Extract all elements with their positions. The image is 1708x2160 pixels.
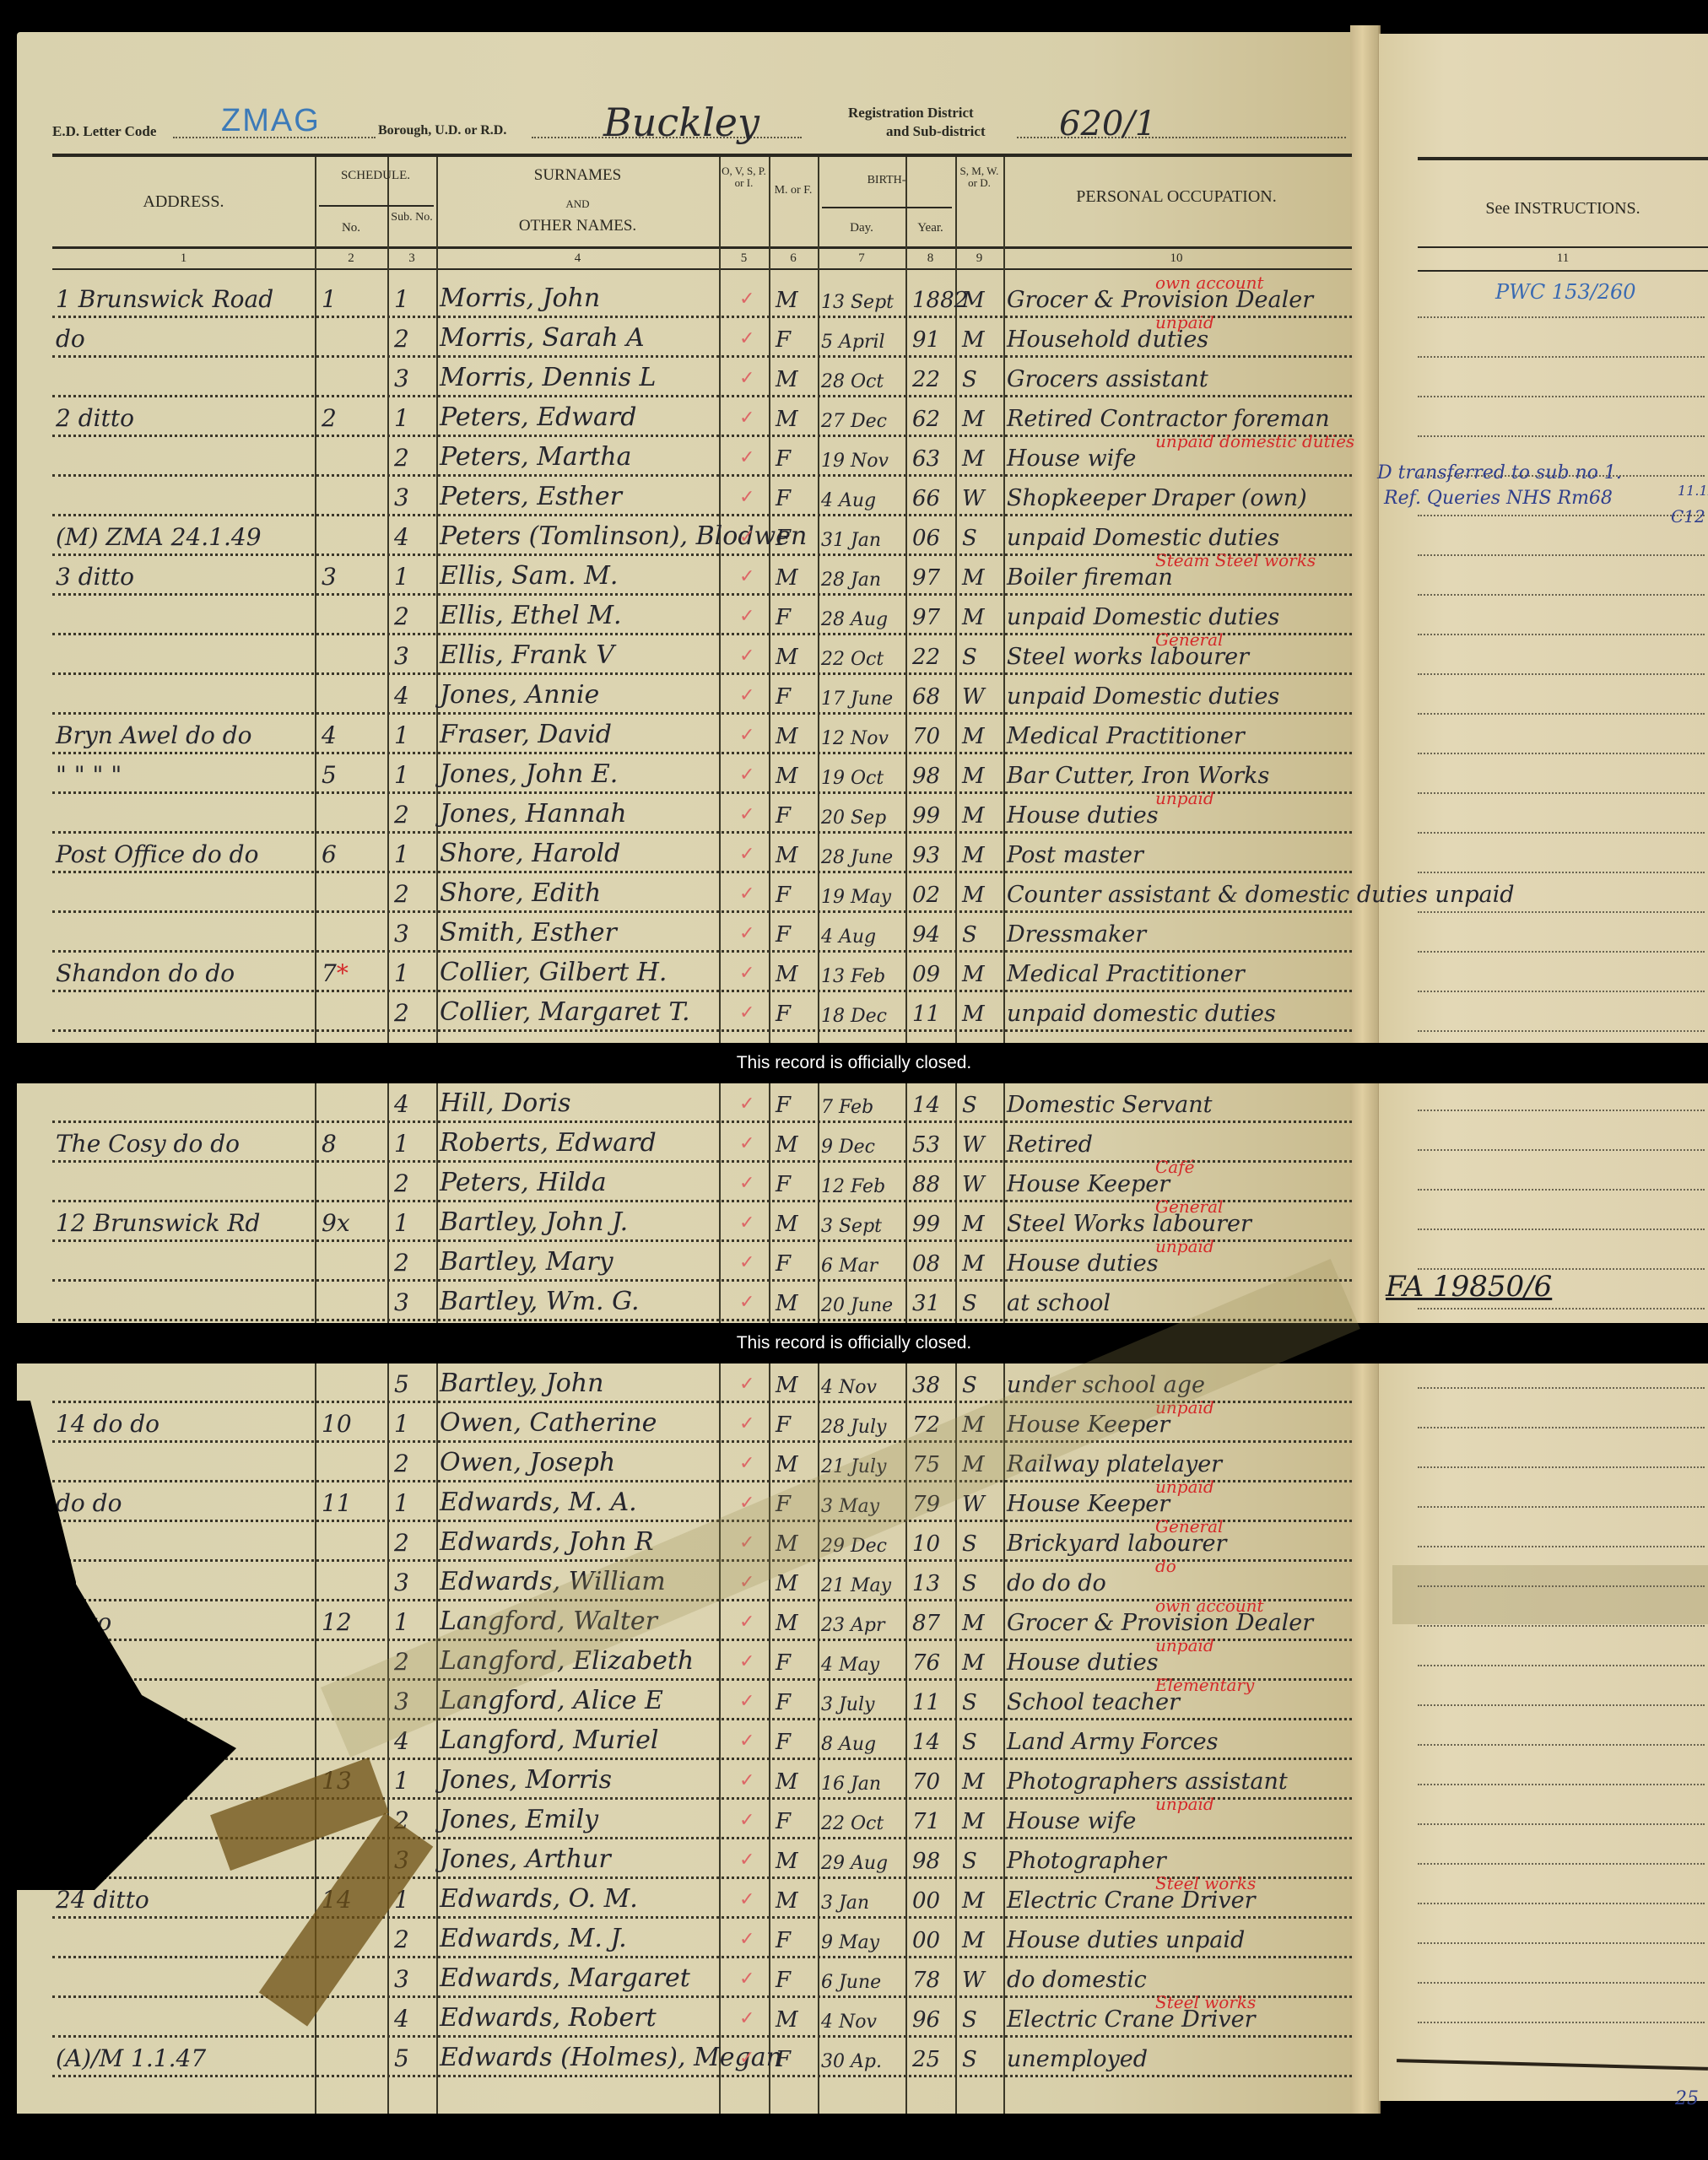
cell-name: Jones, Arthur <box>440 1844 611 1874</box>
column-number: 9 <box>955 251 1003 266</box>
table-row[interactable]: Post Office do do61Shore, Harold✓M28 Jun… <box>52 834 1352 873</box>
col-and: AND <box>436 198 719 210</box>
table-row[interactable]: 2Bartley, Mary✓F6 Mar08MHouse dutiesunpa… <box>52 1242 1352 1282</box>
reference-pwc: PWC 153/260 <box>1495 280 1636 304</box>
correction-note: unpaid <box>1155 1635 1214 1655</box>
table-row[interactable]: Bryn Awel do do41Fraser, David✓M12 Nov70… <box>52 715 1352 754</box>
cell-sex: F <box>776 1730 791 1755</box>
cell-sub: 3 <box>394 483 409 511</box>
cell-occupation: Shopkeeper Draper (own) <box>1007 485 1307 511</box>
cell-sex: F <box>776 1928 791 1953</box>
table-row[interactable]: 2Edwards, M. J.✓F9 May00MHouse duties un… <box>52 1919 1352 1958</box>
table-row[interactable]: 2Shore, Edith✓F19 May02MCounter assistan… <box>52 873 1352 913</box>
cell-day: 4 Nov <box>821 1377 877 1398</box>
cell-status: W <box>962 486 985 511</box>
cell-occupation: House duties unpaid <box>1007 1927 1245 1953</box>
cell-sub: 4 <box>394 523 409 551</box>
cell-status: M <box>962 724 985 749</box>
cell-status: M <box>962 1002 985 1027</box>
footer-number: 25 <box>1675 2088 1699 2109</box>
cell-status: W <box>962 1132 985 1158</box>
check-mark-icon: ✓ <box>739 2007 754 2029</box>
ruled-line <box>1418 1903 1705 1904</box>
table-row[interactable]: 3Smith, Esther✓F4 Aug94SDressmaker <box>52 913 1352 953</box>
cell-year: 97 <box>912 605 940 630</box>
cell-sched: 7* <box>322 959 349 987</box>
cell-status: S <box>962 1690 977 1715</box>
cell-name: Bartley, Mary <box>440 1247 613 1277</box>
cell-occupation: Photographer <box>1007 1848 1166 1874</box>
ruled-line <box>1418 435 1705 437</box>
cell-sub: 3 <box>394 1569 409 1596</box>
cell-sub: 3 <box>394 1288 409 1316</box>
table-row[interactable]: 3Langford, Alice E✓F3 July11SSchool teac… <box>52 1681 1352 1720</box>
cell-sub: 3 <box>394 642 409 670</box>
cell-sub: 2 <box>394 880 409 908</box>
cell-status: S <box>962 2047 977 2072</box>
cell-occupation: Post master <box>1007 842 1143 868</box>
ruled-line <box>1418 1625 1705 1627</box>
cell-sub: 5 <box>394 1370 409 1398</box>
cell-occupation: Retired Contractor foreman <box>1007 406 1330 432</box>
table-row[interactable]: (A)/M 1.1.475Edwards (Holmes), Megan✓F30… <box>52 2038 1352 2077</box>
cell-year: 91 <box>912 327 940 353</box>
table-row[interactable]: 4Hill, Doris✓F7 Feb14SDomestic Servant <box>52 1083 1352 1123</box>
cell-status: S <box>962 1849 977 1874</box>
cell-status: S <box>962 645 977 670</box>
ruled-line <box>1418 792 1705 794</box>
check-mark-icon: ✓ <box>739 764 754 786</box>
cell-day: 18 Dec <box>821 1006 887 1027</box>
table-row[interactable]: 3Morris, Dennis L✓M28 Oct22SGrocers assi… <box>52 358 1352 397</box>
correction-note: General <box>1155 1516 1223 1536</box>
check-mark-icon: ✓ <box>739 1849 754 1871</box>
cell-year: 66 <box>912 486 940 511</box>
col-schedule-no: No. <box>315 221 387 235</box>
cell-year: 22 <box>912 645 940 670</box>
cell-day: 19 Nov <box>821 451 889 472</box>
cell-sub: 1 <box>394 761 409 789</box>
table-row[interactable]: 2Peters, Martha✓F19 Nov63MHouse wifeunpa… <box>52 437 1352 477</box>
column-number: 1 <box>52 251 315 266</box>
cell-sub: 1 <box>394 959 409 987</box>
fa-reference: FA 19850/6 <box>1386 1270 1552 1304</box>
cell-sex: F <box>776 922 791 948</box>
ruled-line <box>1418 1110 1705 1111</box>
col-instructions: See INSTRUCTIONS. <box>1418 199 1708 218</box>
cell-status: S <box>962 1291 977 1316</box>
cell-occupation: Dressmaker <box>1007 921 1146 948</box>
cell-status: W <box>962 1172 985 1197</box>
cell-status: W <box>962 1968 985 1993</box>
tape-strip <box>1392 1565 1708 1624</box>
cell-status: M <box>962 883 985 908</box>
cell-occupation: House wife <box>1007 445 1136 472</box>
cell-occupation: unpaid Domestic duties <box>1007 525 1279 551</box>
check-mark-icon: ✓ <box>739 1373 754 1395</box>
cell-sched: 8 <box>322 1130 337 1158</box>
cell-sex: F <box>776 486 791 511</box>
cell-status: M <box>962 407 985 432</box>
correction-note: unpaid <box>1155 312 1214 332</box>
cell-sub: 3 <box>394 1965 409 1993</box>
table-row[interactable]: Shandon do do7*1Collier, Gilbert H.✓M13 … <box>52 953 1352 992</box>
ed-letter-code-stamp: ZMAG <box>221 103 321 139</box>
cell-day: 9 Dec <box>821 1137 875 1158</box>
cell-sub: 1 <box>394 285 409 313</box>
cell-day: 4 Aug <box>821 926 876 948</box>
col-address: ADDRESS. <box>52 192 315 211</box>
cell-sex: M <box>776 565 798 591</box>
cell-sex: F <box>776 327 791 353</box>
ruled-line <box>1418 316 1705 318</box>
cell-name: Collier, Gilbert H. <box>440 958 667 987</box>
cell-day: 19 Oct <box>821 768 884 789</box>
cell-name: Jones, Emily <box>440 1805 598 1834</box>
cell-day: 20 Sep <box>821 807 886 829</box>
cell-status: M <box>962 446 985 472</box>
cell-occupation: Medical Practitioner <box>1007 961 1245 987</box>
col-schedule: SCHEDULE. <box>315 169 436 183</box>
cell-status: W <box>962 684 985 710</box>
cell-address: 2 ditto <box>56 404 134 432</box>
cell-address: Shandon do do <box>56 959 235 987</box>
cell-address: (M) ZMA 24.1.49 <box>56 523 262 551</box>
ed-letter-code-label: E.D. Letter Code <box>52 123 156 140</box>
table-row[interactable]: 4Jones, Annie✓F17 June68Wunpaid Domestic… <box>52 675 1352 715</box>
correction-note: do <box>1155 1556 1176 1576</box>
cell-name: Ellis, Frank V <box>440 640 614 670</box>
table-row[interactable]: 3Bartley, Wm. G.✓M20 June31Sat school <box>52 1282 1352 1321</box>
table-row[interactable]: 2Jones, Hannah✓F20 Sep99MHouse dutiesunp… <box>52 794 1352 834</box>
table-row[interactable]: 4Edwards, Robert✓M4 Nov96SElectric Crane… <box>52 1998 1352 2038</box>
ruled-line <box>1418 951 1705 953</box>
cell-sub: 2 <box>394 1169 409 1197</box>
ruled-line <box>1418 1466 1705 1468</box>
cell-sub: 1 <box>394 1209 409 1237</box>
cell-sex: F <box>776 1093 791 1118</box>
cell-sub: 4 <box>394 1090 409 1118</box>
ruled-line <box>1418 1704 1705 1706</box>
cell-occupation: House duties <box>1007 802 1159 829</box>
correction-note: unpaid <box>1155 1794 1214 1814</box>
column-number: 11 <box>1418 251 1708 266</box>
cell-day: 13 Feb <box>821 966 885 987</box>
col-occupation: PERSONAL OCCUPATION. <box>1003 187 1349 206</box>
ruled-line <box>1418 911 1705 913</box>
table-row[interactable]: do2Morris, Sarah A✓F5 April91MHousehold … <box>52 318 1352 358</box>
cell-status: S <box>962 1730 977 1755</box>
cell-year: 02 <box>912 883 940 908</box>
cell-sub: 2 <box>394 1925 409 1953</box>
cell-day: 9 May <box>821 1932 879 1953</box>
cell-address: Bryn Awel do do <box>56 721 252 749</box>
check-mark-icon: ✓ <box>739 1093 754 1115</box>
correction-note: Café <box>1155 1157 1194 1177</box>
column-number: 2 <box>315 251 387 266</box>
cell-year: 63 <box>912 446 940 472</box>
cell-occupation: do domestic <box>1007 1967 1147 1993</box>
cell-name: Langford, Muriel <box>440 1725 658 1755</box>
ruled-line <box>1418 356 1705 358</box>
cell-sex: F <box>776 1968 791 1993</box>
correction-note: Steel works <box>1155 1992 1256 2012</box>
check-mark-icon: ✓ <box>739 724 754 746</box>
ruled-line <box>1418 713 1705 715</box>
cell-year: 08 <box>912 1251 940 1277</box>
cell-day: 6 Mar <box>821 1255 878 1277</box>
cell-sex: M <box>776 1888 798 1914</box>
col-other-names: OTHER NAMES. <box>436 218 719 235</box>
col-schedule-sub: Sub. No. <box>387 211 436 224</box>
cell-name: Roberts, Edward <box>440 1128 657 1158</box>
ruled-line <box>1418 1585 1705 1587</box>
ruled-line <box>1418 1744 1705 1746</box>
check-mark-icon: ✓ <box>739 962 754 984</box>
cell-sched: 5 <box>322 761 337 789</box>
cell-name: Jones, Annie <box>440 680 599 710</box>
check-mark-icon: ✓ <box>739 1650 754 1672</box>
cell-sex: F <box>776 526 791 551</box>
cell-address: Post Office do do <box>56 840 258 868</box>
cell-status: M <box>962 565 985 591</box>
cell-day: 12 Feb <box>821 1176 885 1197</box>
check-mark-icon: ✓ <box>739 565 754 587</box>
cell-sex: M <box>776 645 798 670</box>
cell-year: 13 <box>912 1571 940 1596</box>
cell-sex: M <box>776 1769 798 1795</box>
cell-sched: 1 <box>322 285 337 313</box>
cell-year: 00 <box>912 1888 940 1914</box>
check-mark-icon: ✓ <box>739 1452 754 1474</box>
cell-sched: 3 <box>322 563 337 591</box>
cell-sex: M <box>776 962 798 987</box>
cell-status: M <box>962 1928 985 1953</box>
table-row[interactable]: 3Peters, Esther✓F4 Aug66WShopkeeper Drap… <box>52 477 1352 516</box>
check-mark-icon: ✓ <box>739 922 754 944</box>
cell-sub: 1 <box>394 840 409 868</box>
cell-name: Peters, Martha <box>440 442 631 472</box>
cell-status: M <box>962 843 985 868</box>
cell-year: 97 <box>912 565 940 591</box>
check-mark-icon: ✓ <box>739 1769 754 1791</box>
check-mark-icon: ✓ <box>739 1888 754 1910</box>
cell-day: 22 Oct <box>821 1813 884 1834</box>
cell-year: 71 <box>912 1809 940 1834</box>
cell-sub: 2 <box>394 444 409 472</box>
cell-occupation: at school <box>1007 1290 1111 1316</box>
correction-note: General <box>1155 629 1223 650</box>
closed-record-banner: This record is officially closed. <box>0 1323 1708 1363</box>
cell-name: Edwards (Holmes), Megan <box>440 2043 782 2072</box>
table-row[interactable]: 24 ditto141Edwards, O. M.✓M3 Jan00MElect… <box>52 1879 1352 1919</box>
cell-name: Bartley, John <box>440 1369 603 1398</box>
check-mark-icon: ✓ <box>739 1002 754 1023</box>
cell-day: 19 May <box>821 887 891 908</box>
check-mark-icon: ✓ <box>739 1968 754 1990</box>
cell-day: 3 Jan <box>821 1893 869 1914</box>
cell-sex: F <box>776 1251 791 1277</box>
check-mark-icon: ✓ <box>739 327 754 349</box>
cell-status: M <box>962 1611 985 1636</box>
cell-year: 00 <box>912 1928 940 1953</box>
column-number: 4 <box>436 251 719 266</box>
cell-year: 06 <box>912 526 940 551</box>
table-row[interactable]: 2Collier, Margaret T.✓F18 Dec11Munpaid d… <box>52 992 1352 1032</box>
cell-sub: 3 <box>394 364 409 392</box>
check-mark-icon: ✓ <box>739 1291 754 1313</box>
cell-status: M <box>962 764 985 789</box>
ruled-line <box>1418 991 1705 992</box>
ruled-line <box>1418 1189 1705 1191</box>
table-row[interactable]: 4Langford, Muriel✓F8 Aug14SLand Army For… <box>52 1720 1352 1760</box>
check-mark-icon: ✓ <box>739 883 754 904</box>
cell-sub: 1 <box>394 721 409 749</box>
cell-sex: M <box>776 724 798 749</box>
cell-sex: M <box>776 1132 798 1158</box>
cell-sex: F <box>776 446 791 472</box>
cell-sex: F <box>776 1002 791 1027</box>
cell-day: 13 Sept <box>821 292 894 313</box>
cell-day: 12 Nov <box>821 728 889 749</box>
cell-address: do <box>56 325 85 353</box>
cell-day: 4 Aug <box>821 490 876 511</box>
cell-occupation: Counter assistant & domestic duties unpa… <box>1007 882 1515 908</box>
registration-district-value: 620/1 <box>1059 105 1156 143</box>
cell-sex: M <box>776 1212 798 1237</box>
cell-sex: F <box>776 803 791 829</box>
cell-day: 3 Sept <box>821 1216 882 1237</box>
cell-address: The Cosy do do <box>56 1130 240 1158</box>
cell-year: 98 <box>912 764 940 789</box>
ruled-line <box>1418 1228 1705 1230</box>
cell-sex: M <box>776 1373 798 1398</box>
check-mark-icon: ✓ <box>739 288 754 310</box>
cell-name: Owen, Catherine <box>440 1408 657 1438</box>
cell-sex: F <box>776 1690 791 1715</box>
check-mark-icon: ✓ <box>739 407 754 429</box>
cell-name: Edwards, M. A. <box>440 1488 637 1517</box>
cell-name: Smith, Esther <box>440 918 617 948</box>
ruled-line <box>1418 1863 1705 1865</box>
cell-sex: F <box>776 1650 791 1676</box>
cell-name: Edwards, O. M. <box>440 1884 638 1914</box>
cell-occupation: Bar Cutter, Iron Works <box>1007 763 1269 789</box>
cell-address: 12 Brunswick Rd <box>56 1209 260 1237</box>
ruled-line <box>1418 1546 1705 1547</box>
cell-sched: 6 <box>322 840 337 868</box>
col-sex: M. or F. <box>769 184 818 197</box>
cell-sub: 2 <box>394 602 409 630</box>
cell-status: M <box>962 1769 985 1795</box>
transfer-note: D transferred to sub no 1. <box>1377 462 1622 483</box>
cell-year: 11 <box>912 1690 940 1715</box>
correction-note: General <box>1155 1196 1223 1217</box>
cell-address: 3 ditto <box>56 563 134 591</box>
cell-occupation: School teacher <box>1007 1689 1180 1715</box>
cell-day: 3 July <box>821 1694 874 1715</box>
cell-sub: 2 <box>394 1450 409 1477</box>
cell-status: M <box>962 1251 985 1277</box>
check-mark-icon: ✓ <box>739 1690 754 1712</box>
cell-day: 28 July <box>821 1417 886 1438</box>
cell-sub: 2 <box>394 1529 409 1557</box>
cell-day: 28 Oct <box>821 371 884 392</box>
check-mark-icon: ✓ <box>739 1132 754 1154</box>
cell-status: M <box>962 1650 985 1676</box>
ruled-line <box>1418 872 1705 873</box>
ruled-line <box>1418 1823 1705 1825</box>
ruled-line <box>1418 1387 1705 1389</box>
cell-name: Edwards, M. J. <box>440 1924 627 1953</box>
cell-occupation: Medical Practitioner <box>1007 723 1245 749</box>
cell-year: 99 <box>912 803 940 829</box>
cell-sex: F <box>776 684 791 710</box>
cell-occupation: Land Army Forces <box>1007 1729 1219 1755</box>
table-row[interactable]: 3 ditto31Ellis, Sam. M.✓M28 Jan97MBoiler… <box>52 556 1352 596</box>
col-ovspi: O, V, S, P. or I. <box>719 165 769 190</box>
cell-status: S <box>962 526 977 551</box>
cell-year: 1882 <box>912 288 968 313</box>
cell-sub: 2 <box>394 325 409 353</box>
correction-note: unpaid <box>1155 788 1214 808</box>
cell-name: Jones, Hannah <box>440 799 627 829</box>
cell-day: 28 Aug <box>821 609 888 630</box>
check-mark-icon: ✓ <box>739 684 754 706</box>
ruled-line <box>1418 554 1705 556</box>
ruled-line <box>1418 673 1705 675</box>
cell-occupation: Retired <box>1007 1131 1093 1158</box>
check-mark-icon: ✓ <box>739 803 754 825</box>
cell-year: 53 <box>912 1132 940 1158</box>
cell-day: 27 Dec <box>821 411 887 432</box>
cell-occupation: Grocers assistant <box>1007 366 1208 392</box>
cell-occupation: House Keeper <box>1007 1171 1170 1197</box>
column-number: 8 <box>905 251 955 266</box>
cell-sub: 1 <box>394 563 409 591</box>
cell-year: 70 <box>912 1769 940 1795</box>
cell-year: 94 <box>912 922 940 948</box>
cell-sex: F <box>776 1412 791 1438</box>
cell-name: Ellis, Sam. M. <box>440 561 618 591</box>
correction-note: own account <box>1155 273 1264 293</box>
cell-sub: 4 <box>394 682 409 710</box>
table-row[interactable]: 3Ellis, Frank V✓M22 Oct22SSteel works la… <box>52 635 1352 675</box>
ruled-line <box>1418 1506 1705 1508</box>
cell-sched: 10 <box>322 1410 352 1438</box>
page-bottom-edge <box>0 2114 1708 2160</box>
ruled-line <box>1418 753 1705 754</box>
cell-occupation: Photographers assistant <box>1007 1768 1288 1795</box>
ruled-line <box>1418 515 1705 516</box>
check-mark-icon: ✓ <box>739 486 754 508</box>
ruled-line <box>1418 1030 1705 1032</box>
cell-sub: 2 <box>394 1249 409 1277</box>
cell-status: M <box>962 327 985 353</box>
cell-sex: F <box>776 1809 791 1834</box>
ruled-line <box>1418 594 1705 596</box>
cell-year: 22 <box>912 367 940 392</box>
cell-sex: M <box>776 1611 798 1636</box>
cell-year: 76 <box>912 1650 940 1676</box>
correction-note: Steel works <box>1155 1873 1256 1893</box>
cell-sub: 5 <box>394 2044 409 2072</box>
cell-status: S <box>962 2007 977 2033</box>
registration-label-1: Registration District <box>848 105 974 121</box>
cell-name: Morris, John <box>440 283 600 313</box>
ruled-line <box>1418 1982 1705 1984</box>
ruled-line <box>1418 2022 1705 2023</box>
